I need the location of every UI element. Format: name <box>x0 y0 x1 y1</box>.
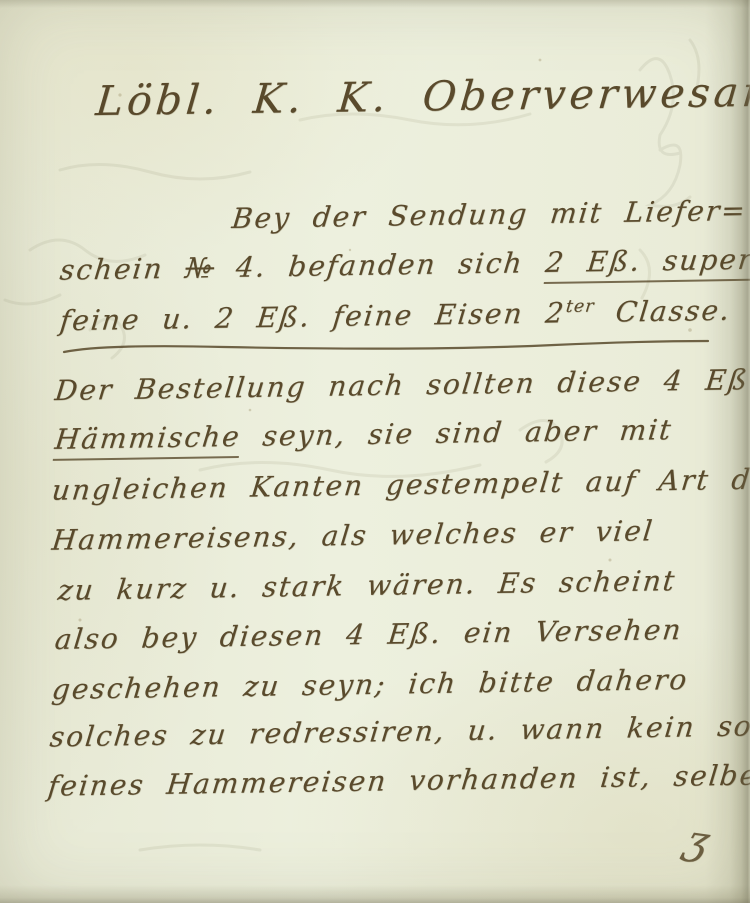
letter-line-5: Hämmische seyn, sie sind aber mit <box>53 413 674 456</box>
line-text: Der Bestellung nach sollten diese 4 Eß. … <box>53 362 750 407</box>
line-text: 4. befanden sich <box>212 246 547 284</box>
line-text: solches zu redressiren, u. wann kein so <box>48 709 750 753</box>
underlined-word: Hämmische <box>53 420 243 461</box>
paper-edge-bottom <box>0 885 750 903</box>
letter-line-12: feines Hammereisen vorhanden ist, selbes <box>46 758 750 802</box>
underlined-phrase: 2 Eß. super= <box>543 242 750 284</box>
line-text: schein <box>58 252 187 287</box>
line-text: Bey der Sendung mit Liefer= <box>230 194 748 235</box>
letter-line-6: ungleichen Kanten gestempelt auf Art des <box>50 462 750 507</box>
line-text: Hammereisens, als welches er viel <box>50 514 655 557</box>
letter-line-7: Hammereisens, als welches er viel <box>50 514 655 557</box>
line-text: geschehen zu seyn; ich bitte dahero <box>50 663 690 706</box>
line-text: ungleichen Kanten gestempelt auf Art des <box>50 462 750 507</box>
letter-page: Löbl. K. K. Oberverwesamt! Bey der Sendu… <box>0 0 750 903</box>
letter-line-9: also bey diesen 4 Eß. ein Versehen <box>53 613 684 656</box>
line-text: feine u. 2 Eß. feine Eisen 2 <box>58 296 567 337</box>
paper-edge-top <box>0 0 750 8</box>
letter-line-3: feine u. 2 Eß. feine Eisen 2ter Classe. <box>58 294 733 338</box>
line-text: also bey diesen 4 Eß. ein Versehen <box>53 613 684 656</box>
line-text: zu kurz u. stark wären. Es scheint <box>56 564 678 607</box>
superscript-ordinal: ter <box>565 297 596 317</box>
line-text: seyn, sie sind aber mit <box>239 413 674 453</box>
struck-number-sign: № <box>184 251 216 285</box>
letter-line-1: Bey der Sendung mit Liefer= <box>230 194 748 235</box>
letter-line-10: geschehen zu seyn; ich bitte dahero <box>50 663 690 706</box>
letter-heading: Löbl. K. K. Oberverwesamt! <box>94 67 750 125</box>
letter-line-2: schein № 4. befanden sich 2 Eß. super= <box>58 242 750 286</box>
line-text: Classe. <box>592 294 733 329</box>
letter-line-11: solches zu redressiren, u. wann kein so <box>48 709 750 753</box>
letter-line-4: Der Bestellung nach sollten diese 4 Eß. … <box>53 362 750 407</box>
letter-line-8: zu kurz u. stark wären. Es scheint <box>56 564 678 607</box>
corner-mark: ʒ <box>679 817 718 865</box>
line-text: feines Hammereisen vorhanden ist, selbes <box>46 758 750 802</box>
